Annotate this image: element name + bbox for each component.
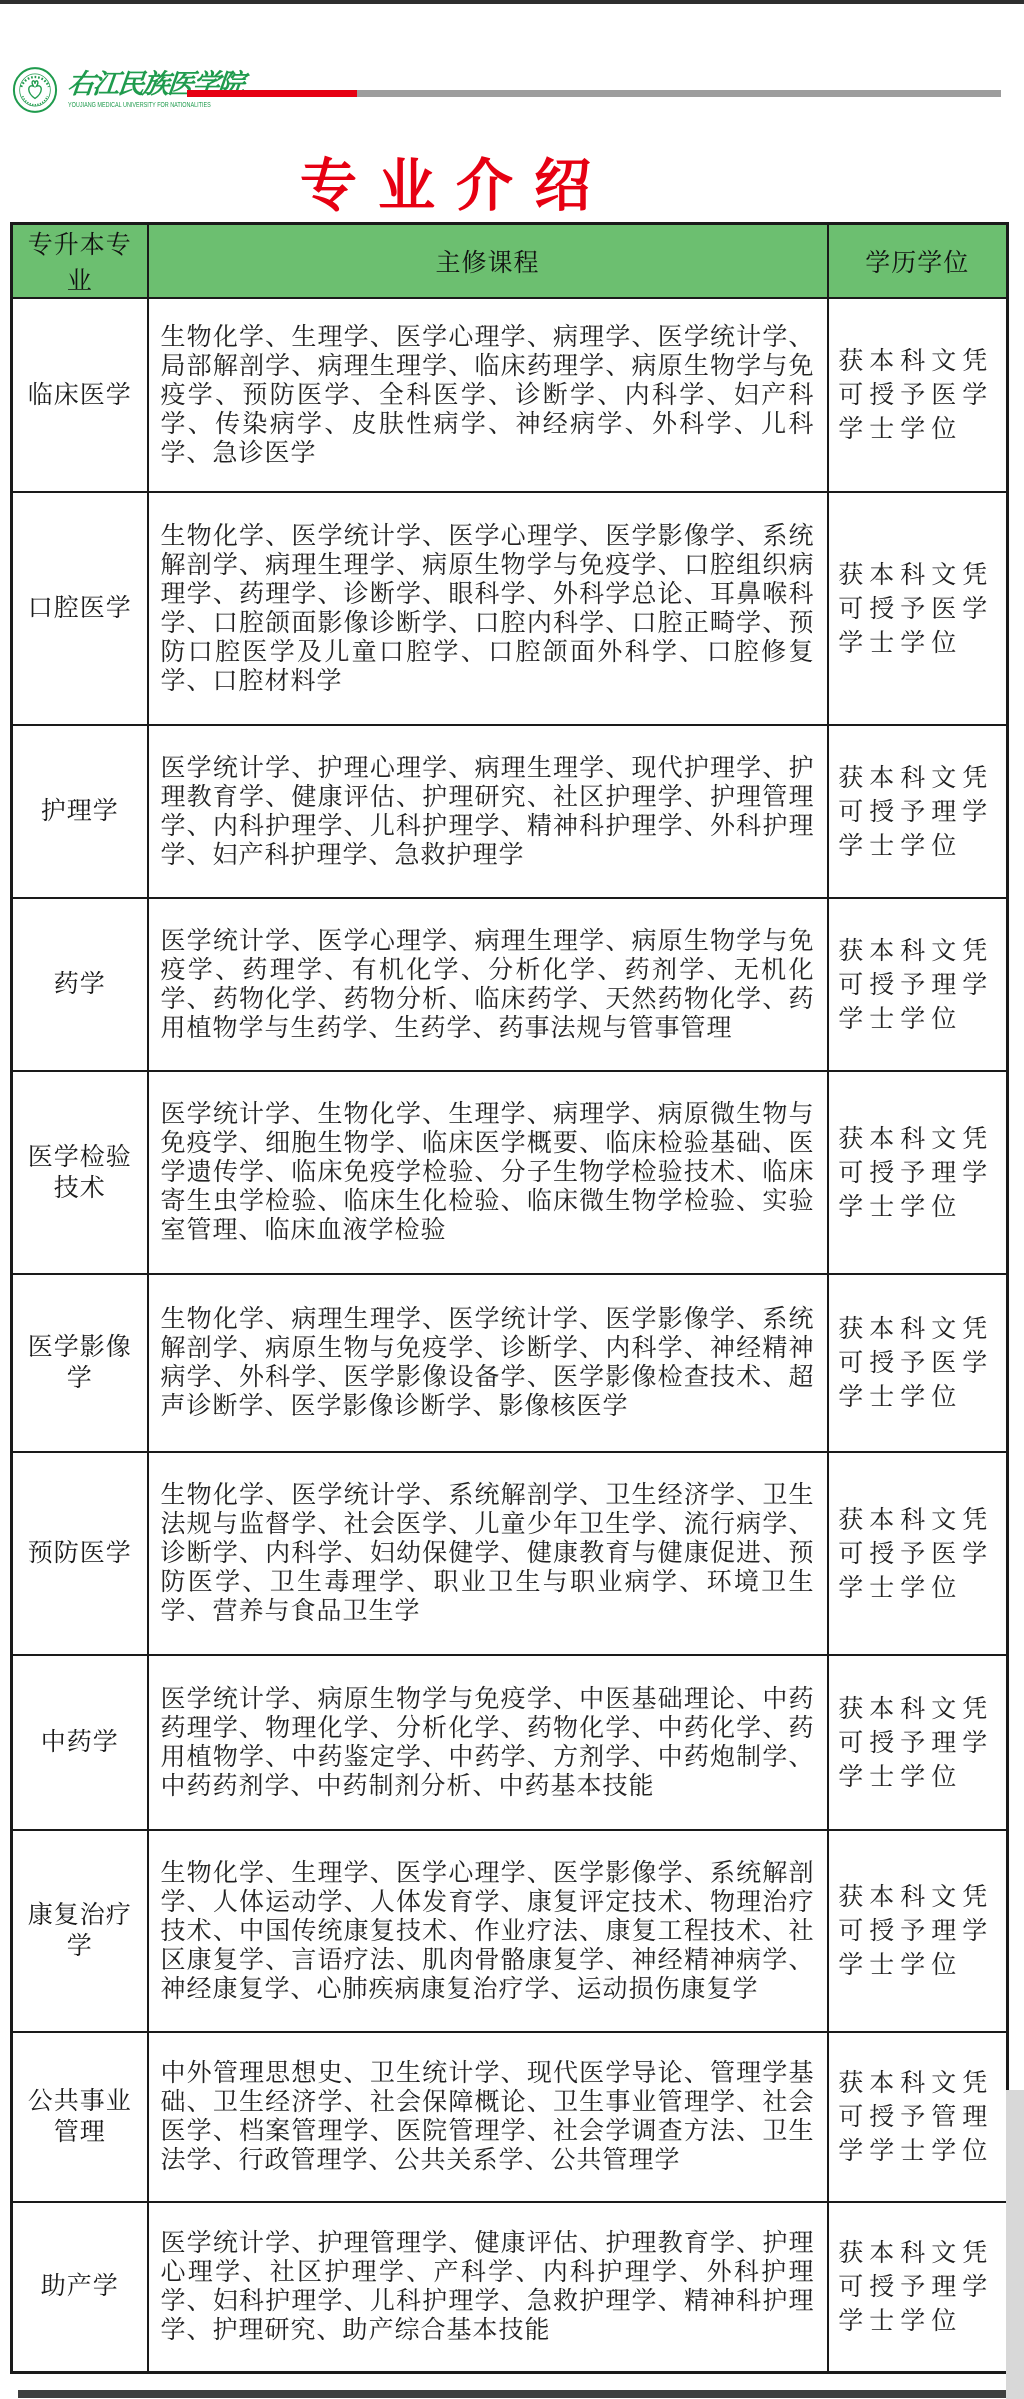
- major-cell: 口腔医学: [12, 492, 148, 725]
- courses-cell: 中外管理思想史、卫生统计学、现代医学导论、管理学基础、卫生经济学、社会保障概论、…: [148, 2032, 828, 2202]
- degree-cell: 获本科文凭可授予理学学士学位: [828, 1655, 1008, 1830]
- major-cell: 中药学: [12, 1655, 148, 1830]
- major-cell: 助产学: [12, 2202, 148, 2372]
- degree-text: 获本科文凭可授予理学学士学位: [838, 934, 996, 1036]
- top-edge-bar: [0, 0, 1024, 4]
- courses-cell: 生物化学、生理学、医学心理学、医学影像学、系统解剖学、人体运动学、人体发育学、康…: [148, 1830, 828, 2032]
- divider-gray-segment: [357, 90, 1001, 97]
- courses-cell: 医学统计学、生物化学、生理学、病理学、病原微生物与免疫学、细胞生物学、临床医学概…: [148, 1071, 828, 1274]
- courses-cell: 医学统计学、护理管理学、健康评估、护理教育学、护理心理学、社区护理学、产科学、内…: [148, 2202, 828, 2372]
- table-row: 口腔医学 生物化学、医学统计学、医学心理学、医学影像学、系统解剖学、病理生理学、…: [12, 492, 1008, 725]
- degree-cell: 获本科文凭可授予医学学士学位: [828, 1274, 1008, 1452]
- courses-cell: 医学统计学、病原生物学与免疫学、中医基础理论、中药药理学、物理化学、分析化学、药…: [148, 1655, 828, 1830]
- table-row: 中药学 医学统计学、病原生物学与免疫学、中医基础理论、中药药理学、物理化学、分析…: [12, 1655, 1008, 1830]
- degree-cell: 获本科文凭可授予理学学士学位: [828, 2202, 1008, 2372]
- degree-text: 获本科文凭可授予管理学学士学位: [838, 2066, 996, 2168]
- degree-cell: 获本科文凭可授予理学学士学位: [828, 1071, 1008, 1274]
- degree-cell: 获本科文凭可授予医学学士学位: [828, 1452, 1008, 1655]
- major-cell: 公共事业管理: [12, 2032, 148, 2202]
- table-row: 药学 医学统计学、医学心理学、病理生理学、病原生物学与免疫学、药理学、有机化学、…: [12, 898, 1008, 1071]
- degree-text: 获本科文凭可授予理学学士学位: [838, 761, 996, 863]
- major-cell: 护理学: [12, 725, 148, 898]
- bottom-edge-bar: [18, 2390, 1006, 2398]
- major-cell: 预防医学: [12, 1452, 148, 1655]
- major-cell: 临床医学: [12, 298, 148, 492]
- degree-text: 获本科文凭可授予医学学士学位: [838, 344, 996, 446]
- page-title: 专业介绍: [300, 140, 612, 222]
- degree-text: 获本科文凭可授予理学学士学位: [838, 1122, 996, 1224]
- page: 右江民族医学院 YOUJIANG MEDICAL UNIVERSITY FOR …: [0, 0, 1024, 2399]
- university-name-en: YOUJIANG MEDICAL UNIVERSITY FOR NATIONAL…: [68, 102, 240, 109]
- courses-cell: 生物化学、医学统计学、医学心理学、医学影像学、系统解剖学、病理生理学、病原生物学…: [148, 492, 828, 725]
- degree-text: 获本科文凭可授予理学学士学位: [838, 2236, 996, 2338]
- university-seal-icon: [12, 64, 58, 116]
- degree-text: 获本科文凭可授予理学学士学位: [838, 1880, 996, 1982]
- degree-text: 获本科文凭可授予理学学士学位: [838, 1692, 996, 1794]
- table-row: 护理学 医学统计学、护理心理学、病理生理学、现代护理学、护理教育学、健康评估、护…: [12, 725, 1008, 898]
- table-row: 公共事业管理 中外管理思想史、卫生统计学、现代医学导论、管理学基础、卫生经济学、…: [12, 2032, 1008, 2202]
- table-row: 预防医学 生物化学、医学统计学、系统解剖学、卫生经济学、卫生法规与监督学、社会医…: [12, 1452, 1008, 1655]
- degree-cell: 获本科文凭可授予管理学学士学位: [828, 2032, 1008, 2202]
- degree-cell: 获本科文凭可授予理学学士学位: [828, 898, 1008, 1071]
- courses-cell: 生物化学、生理学、医学心理学、病理学、医学统计学、局部解剖学、病理生理学、临床药…: [148, 298, 828, 492]
- table-header-row: 专升本专业 主修课程 学历学位: [12, 224, 1008, 299]
- courses-cell: 生物化学、医学统计学、系统解剖学、卫生经济学、卫生法规与监督学、社会医学、儿童少…: [148, 1452, 828, 1655]
- table-row: 助产学 医学统计学、护理管理学、健康评估、护理教育学、护理心理学、社区护理学、产…: [12, 2202, 1008, 2372]
- divider-red-segment: [187, 90, 357, 97]
- degree-text: 获本科文凭可授予医学学士学位: [838, 1503, 996, 1605]
- table-row: 临床医学 生物化学、生理学、医学心理学、病理学、医学统计学、局部解剖学、病理生理…: [12, 298, 1008, 492]
- major-cell: 药学: [12, 898, 148, 1071]
- degree-cell: 获本科文凭可授予理学学士学位: [828, 725, 1008, 898]
- degree-cell: 获本科文凭可授予医学学士学位: [828, 298, 1008, 492]
- degree-text: 获本科文凭可授予医学学士学位: [838, 558, 996, 660]
- major-cell: 康复治疗学: [12, 1830, 148, 2032]
- right-edge-strip: [1006, 2090, 1024, 2399]
- table-row: 医学检验技术 医学统计学、生物化学、生理学、病理学、病原微生物与免疫学、细胞生物…: [12, 1071, 1008, 1274]
- header-divider: [187, 90, 1001, 97]
- major-cell: 医学检验技术: [12, 1071, 148, 1274]
- courses-cell: 医学统计学、护理心理学、病理生理学、现代护理学、护理教育学、健康评估、护理研究、…: [148, 725, 828, 898]
- column-header-degree: 学历学位: [828, 224, 1008, 299]
- degree-cell: 获本科文凭可授予医学学士学位: [828, 492, 1008, 725]
- major-cell: 医学影像学: [12, 1274, 148, 1452]
- table-row: 医学影像学 生物化学、病理生理学、医学统计学、医学影像学、系统解剖学、病原生物与…: [12, 1274, 1008, 1452]
- degree-text: 获本科文凭可授予医学学士学位: [838, 1312, 996, 1414]
- majors-table: 专升本专业 主修课程 学历学位 临床医学 生物化学、生理学、医学心理学、病理学、…: [10, 222, 1009, 2374]
- table-row: 康复治疗学 生物化学、生理学、医学心理学、医学影像学、系统解剖学、人体运动学、人…: [12, 1830, 1008, 2032]
- column-header-courses: 主修课程: [148, 224, 828, 299]
- degree-cell: 获本科文凭可授予理学学士学位: [828, 1830, 1008, 2032]
- courses-cell: 医学统计学、医学心理学、病理生理学、病原生物学与免疫学、药理学、有机化学、分析化…: [148, 898, 828, 1071]
- courses-cell: 生物化学、病理生理学、医学统计学、医学影像学、系统解剖学、病原生物与免疫学、诊断…: [148, 1274, 828, 1452]
- column-header-major: 专升本专业: [12, 224, 148, 299]
